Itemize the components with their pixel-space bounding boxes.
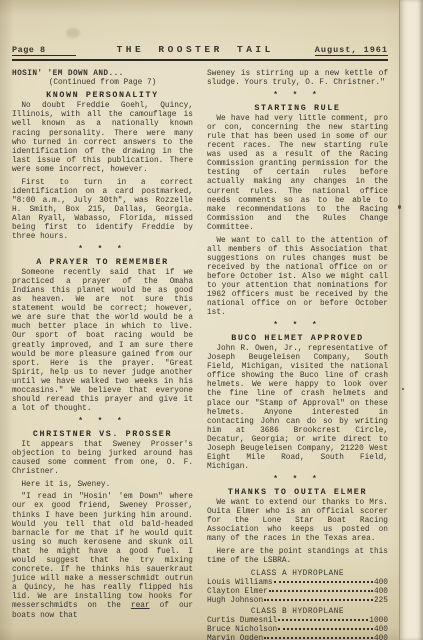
points-value: 400 xyxy=(374,588,388,597)
section-separator: * * * xyxy=(12,246,193,255)
points-value: 400 xyxy=(374,579,388,588)
section-separator: * * * xyxy=(12,418,193,427)
paragraph: Here it is, Sweney. xyxy=(12,481,193,490)
paragraph: John R. Owen, Jr., representative of Jos… xyxy=(207,345,388,472)
paragraph-text: "I read in "Hosin' 'em Down" where our e… xyxy=(12,493,193,610)
continued-note: (Continued from Page 7) xyxy=(12,79,193,88)
points-value: 1000 xyxy=(369,617,388,626)
page-content: Page 8 THE ROOSTER TAIL August, 1961 HOS… xyxy=(12,44,388,640)
standings-list: Louis Williams400Clayton Elmer400Hugh Jo… xyxy=(207,579,388,606)
section-heading: A PRAYER TO REMEMBER xyxy=(12,258,193,267)
paragraph: Here are the point standings at this tim… xyxy=(207,548,388,566)
page-header: Page 8 THE ROOSTER TAIL August, 1961 xyxy=(12,44,388,56)
section-heading: BUCO HELMET APPROVED xyxy=(207,334,388,343)
competitor-name: Curtis Dumesnil xyxy=(207,617,277,626)
standings-class-heading: CLASS B HYDROPLANE xyxy=(207,608,388,617)
standings-row: Hugh Johnson225 xyxy=(207,597,388,606)
section-heading: STARTING RULE xyxy=(207,104,388,113)
competitor-name: Marvin Ogden xyxy=(207,635,263,640)
section-separator: * * * xyxy=(207,476,388,485)
issue-date: August, 1961 xyxy=(315,45,388,56)
scan-speck xyxy=(402,388,404,390)
left-column: HOSIN' 'EM DOWN AND...(Continued from Pa… xyxy=(12,70,193,640)
underlined-word: rear xyxy=(131,602,150,610)
standings-row: Bruce Nicholson400 xyxy=(207,626,388,635)
section-heading: CHRISTNER VS. PROSSER xyxy=(12,430,193,439)
header-rule xyxy=(12,59,388,61)
standings-row: Curtis Dumesnil1000 xyxy=(207,617,388,626)
points-value: 400 xyxy=(374,626,388,635)
section-separator: * * * xyxy=(207,322,388,331)
two-column-body: HOSIN' 'EM DOWN AND...(Continued from Pa… xyxy=(12,70,388,640)
paragraph: Sweney is stirring up a new kettle of sl… xyxy=(207,70,388,88)
paragraph: It appears that Sweney Prosser's objecti… xyxy=(12,441,193,477)
scan-smudge xyxy=(66,28,80,38)
section-heading: KNOWN PERSONALITY xyxy=(12,91,193,100)
column-section-title: HOSIN' 'EM DOWN AND... xyxy=(12,70,193,79)
standings-list: Curtis Dumesnil1000Bruce Nicholson400Mar… xyxy=(207,617,388,640)
paragraph: We want to call to the attention of all … xyxy=(207,237,388,319)
scanned-newsletter-page: Page 8 THE ROOSTER TAIL August, 1961 HOS… xyxy=(0,0,423,640)
page-number: Page 8 xyxy=(12,45,76,56)
paragraph: First to turn in a correct identificatio… xyxy=(12,179,193,243)
competitor-name: Louis Williams xyxy=(207,579,273,588)
competitor-name: Bruce Nicholson xyxy=(207,626,277,635)
standings-row: Louis Williams400 xyxy=(207,579,388,588)
paragraph: No doubt Freddie Goehl, Quincy, Illinois… xyxy=(12,102,193,175)
newsletter-title: THE ROOSTER TAIL xyxy=(76,44,315,55)
section-heading: THANKS TO OUITA ELMER xyxy=(207,488,388,497)
paragraph: We have had very little comment, pro or … xyxy=(207,115,388,233)
page-binding-edge xyxy=(399,0,423,640)
standings-class-heading: CLASS A HYDROPLANE xyxy=(207,570,388,579)
right-column: Sweney is stirring up a new kettle of sl… xyxy=(207,70,388,640)
paragraph: We want to extend our thanks to Mrs. Oui… xyxy=(207,499,388,544)
points-value: 225 xyxy=(374,597,388,606)
paragraph: "I read in "Hosin' 'em Down" where our e… xyxy=(12,493,193,620)
standings-row: Marvin Ogden400 xyxy=(207,635,388,640)
paragraph: Someone recently said that if we practic… xyxy=(12,269,193,415)
competitor-name: Hugh Johnson xyxy=(207,597,263,606)
scan-speck xyxy=(398,205,401,209)
standings-row: Clayton Elmer400 xyxy=(207,588,388,597)
competitor-name: Clayton Elmer xyxy=(207,588,268,597)
section-separator: * * * xyxy=(207,92,388,101)
points-value: 400 xyxy=(374,635,388,640)
